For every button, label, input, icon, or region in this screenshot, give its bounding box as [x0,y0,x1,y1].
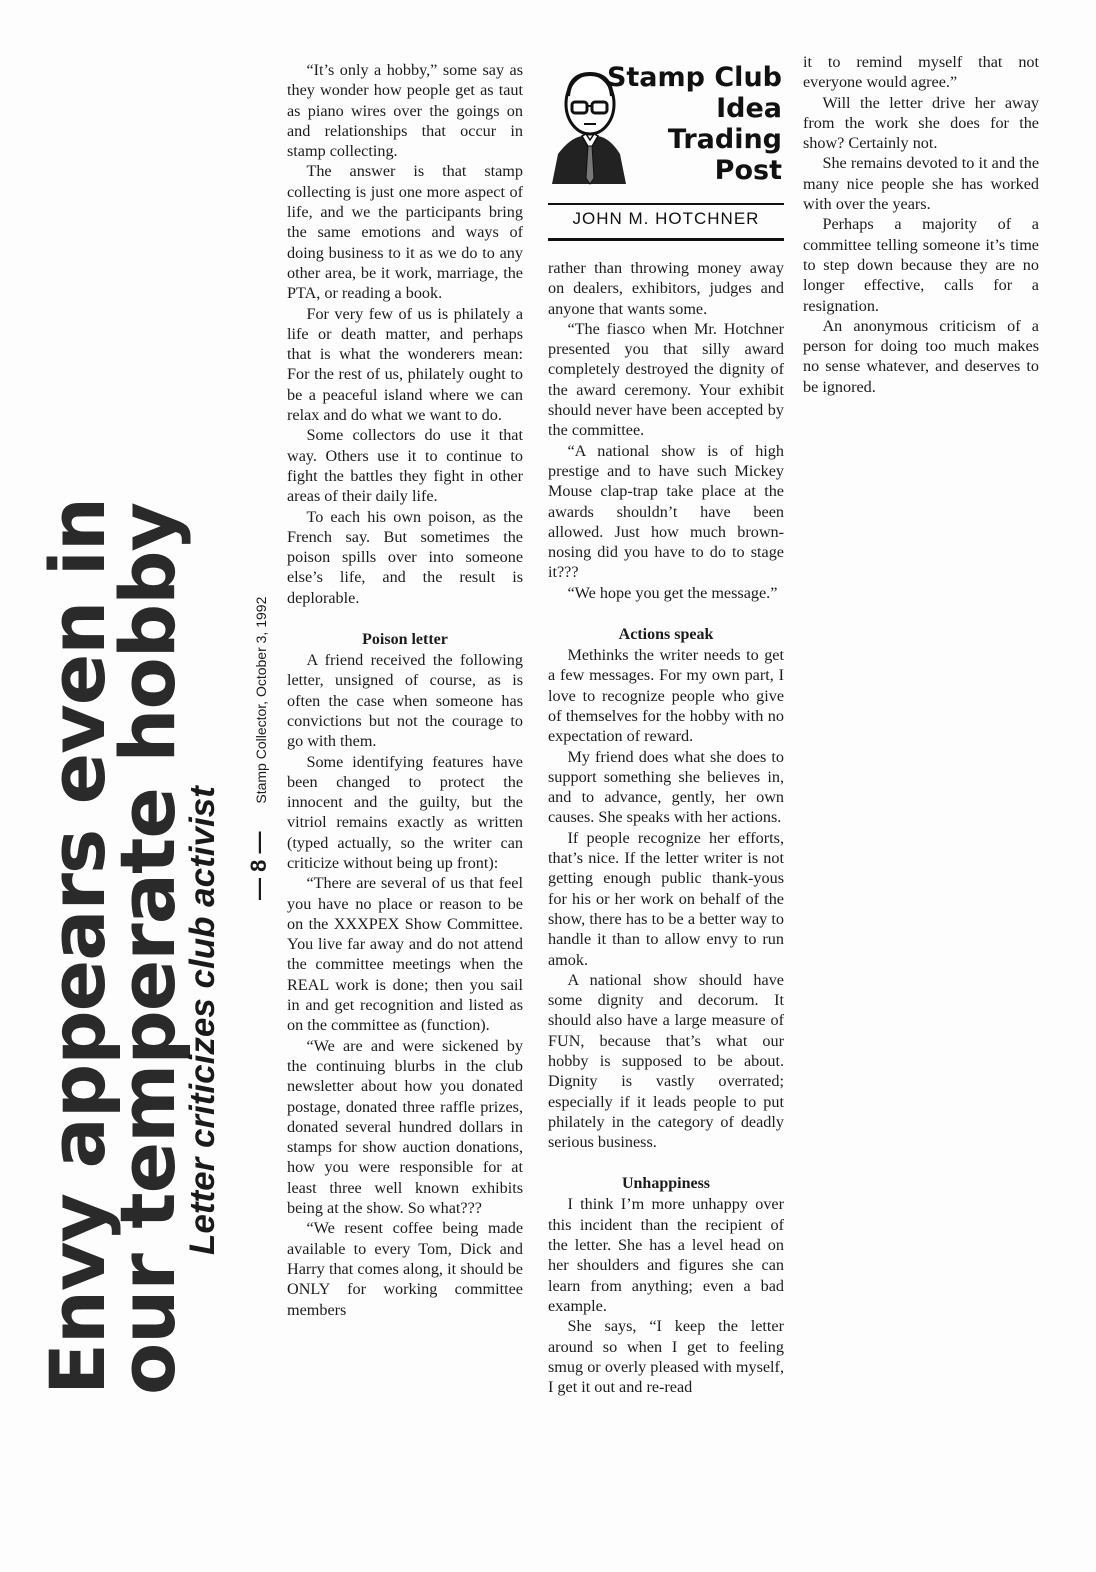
paragraph: rather than throwing money away on deale… [548,258,784,319]
column-title-line: Post [607,155,782,186]
paragraph: A friend received the following letter, … [287,650,523,751]
paragraph: “There are several of us that feel you h… [287,873,523,1035]
section-heading: Unhappiness [548,1174,784,1194]
paragraph: My friend does what she does to support … [548,747,784,828]
section-heading: Actions speak [548,625,784,645]
column-title: Stamp Club Idea Trading Post [607,62,782,186]
paragraph: “We resent coffee being made available t… [287,1218,523,1319]
paragraph: Perhaps a majority of a committee tellin… [803,214,1039,315]
article-column-2: rather than throwing money away on deale… [548,258,784,1397]
paragraph: it to remind myself that not everyone wo… [803,52,1039,93]
column-title-line: Idea [607,93,782,124]
article-column-1: “It’s only a hobby,” some say as they wo… [287,60,523,1320]
paragraph: I think I’m more unhappy over this incid… [548,1194,784,1316]
subheadline: Letter criticizes club activist [185,786,220,1255]
paragraph: To each his own poison, as the French sa… [287,507,523,608]
paragraph: Will the letter drive her away from the … [803,93,1039,154]
paragraph: An anonymous criticism of a person for d… [803,316,1039,397]
article-column-3: it to remind myself that not everyone wo… [803,52,1039,397]
column-title-line: Trading [607,124,782,155]
spacer [287,608,523,630]
author-byline: JOHN M. HOTCHNER [548,206,784,232]
headline-line-2: our temperate hobby [110,503,186,1395]
paragraph: A national show should have some dignity… [548,970,784,1153]
paragraph: “We hope you get the message.” [548,583,784,603]
paragraph: “A national show is of high prestige and… [548,441,784,583]
paragraph: If people recognize her efforts, that’s … [548,828,784,970]
spacer [548,603,784,625]
column-logo: Stamp Club Idea Trading Post JOHN M. HOT… [548,58,784,238]
divider [548,203,784,205]
paragraph: “It’s only a hobby,” some say as they wo… [287,60,523,161]
paragraph: For very few of us is philately a life o… [287,304,523,426]
spacer [548,1152,784,1174]
paragraph: She remains devoted to it and the many n… [803,153,1039,214]
paragraph: Some identifying features have been chan… [287,752,523,874]
folio-line: — 8 — Stamp Collector, October 3, 1992 [248,597,270,900]
paragraph: The answer is that stamp collecting is j… [287,161,523,303]
paragraph: Methinks the writer needs to get a few m… [548,645,784,746]
divider [548,238,784,241]
page-number: — 8 — [246,832,271,900]
column-title-line: Stamp Club [607,62,782,93]
paragraph: Some collectors do use it that way. Othe… [287,425,523,506]
section-heading: Poison letter [287,630,523,650]
paragraph: “We are and were sickened by the continu… [287,1036,523,1219]
paragraph: She says, “I keep the letter around so w… [548,1316,784,1397]
paragraph: “The fiasco when Mr. Hotchner presented … [548,319,784,441]
newspaper-page: Envy appears even in our temperate hobby… [0,0,1096,1572]
publication-dateline: Stamp Collector, October 3, 1992 [253,597,269,804]
